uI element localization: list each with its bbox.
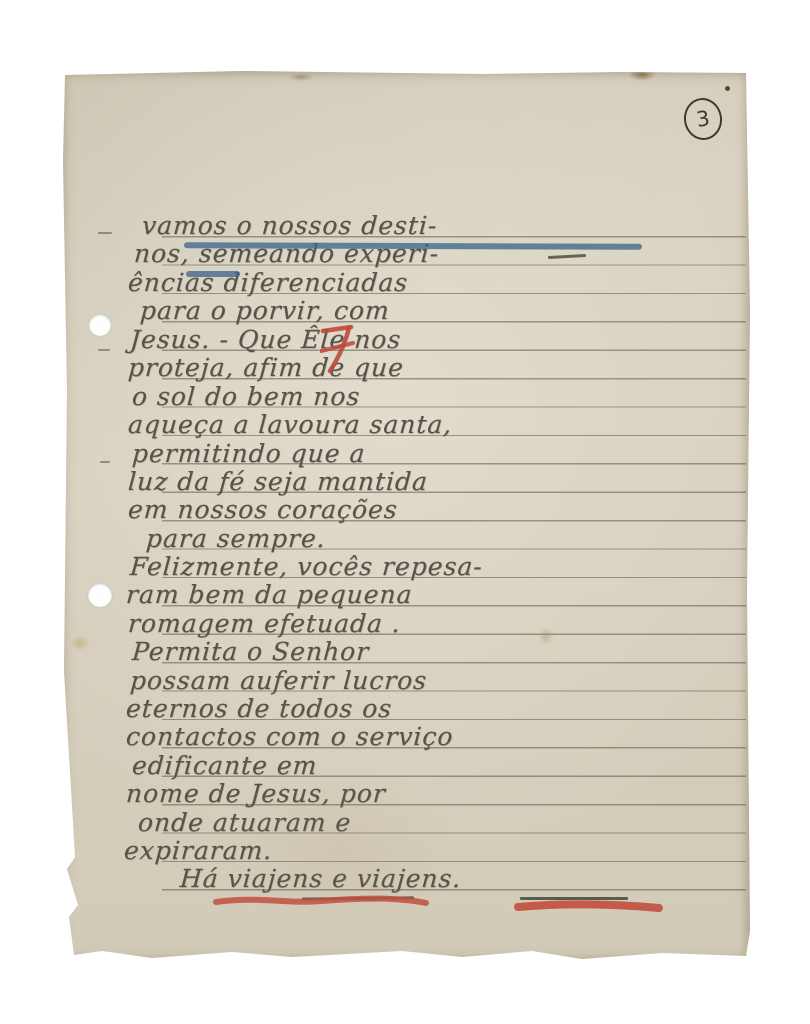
page-number-badge: 3 [681, 96, 724, 143]
page-number: 3 [695, 106, 712, 132]
scanned-page: 3 vamos o nossos desti- nos, semeando ex… [0, 0, 810, 1024]
blue-underline [186, 271, 240, 277]
manuscript-line-24: Há viajens e viajens. [179, 864, 743, 896]
red-underline [514, 899, 664, 915]
red-paragraph-mark [320, 324, 356, 374]
manuscript-line-14: ram bem da pequena [125, 580, 739, 612]
punch-hole [88, 583, 112, 607]
manuscript-paper: 3 vamos o nossos desti- nos, semeando ex… [62, 71, 750, 959]
margin-tick [98, 232, 112, 234]
manuscript-line-19: contactos com o serviço [125, 722, 739, 754]
manuscript-line-11: em nossos corações [127, 495, 649, 527]
paper-stain [725, 86, 730, 91]
manuscript-line-16: Permita o Senhor [131, 637, 733, 669]
manuscript-line-6: proteja, afim de que [127, 353, 729, 385]
manuscript-line-4: para o porvir, com [139, 296, 737, 328]
margin-tick [100, 461, 110, 463]
punch-hole [89, 314, 111, 336]
paper-stain [288, 73, 314, 81]
red-underline [212, 893, 430, 909]
manuscript-line-8: aqueça a lavoura santa, [127, 410, 737, 442]
margin-tick [98, 349, 110, 351]
manuscript-line-21: nome de Jesus, por [125, 779, 737, 811]
paper-stain [70, 635, 90, 651]
paper-stain [628, 68, 656, 81]
